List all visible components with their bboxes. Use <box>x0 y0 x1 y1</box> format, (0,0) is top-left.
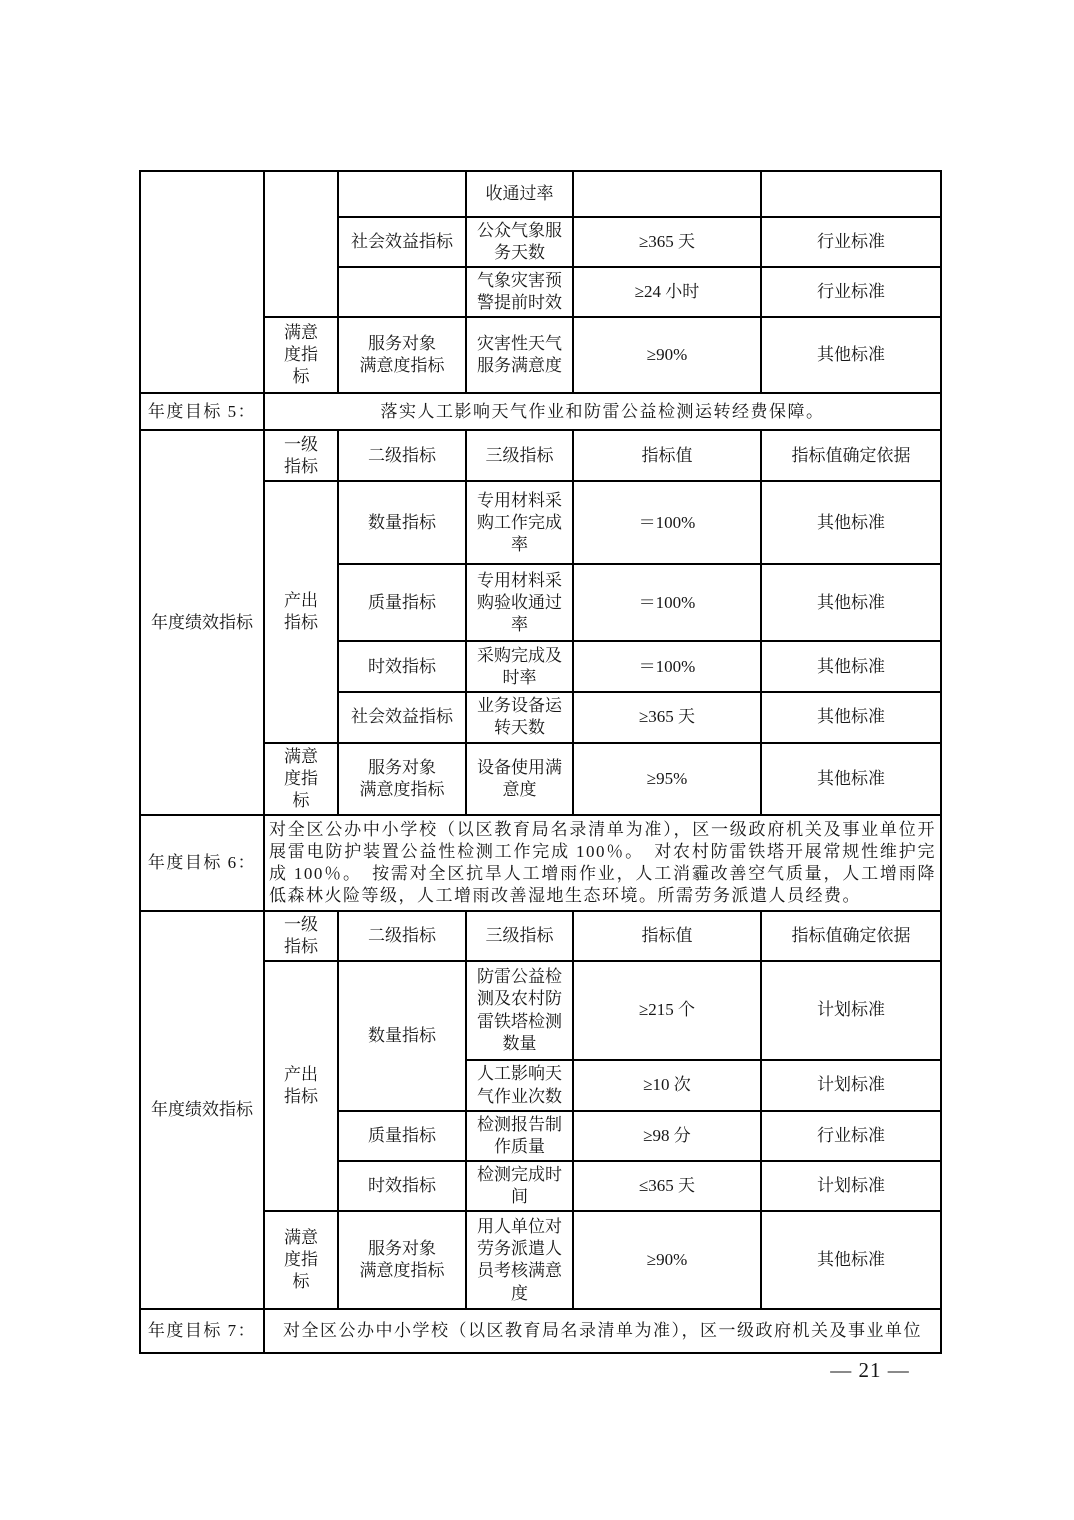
page-number: — 21 — <box>800 1358 940 1383</box>
indicator-value-cell: ≥365 天 <box>573 692 761 742</box>
goal6-text-cell: 对全区公办中小学校（以区教育局名录清单为准），区一级政府机关及事业单位开展雷电防… <box>264 815 941 911</box>
indicator-basis-cell: 行业标准 <box>761 267 941 317</box>
level2-indicator-cell: 时效指标 <box>338 641 466 692</box>
goal6-row: 年度目标 6： 对全区公办中小学校（以区教育局名录清单为准），区一级政府机关及事… <box>140 815 941 911</box>
indicator-basis-cell: 其他标准 <box>761 317 941 393</box>
level2-indicator-cell: 服务对象 满意度指标 <box>338 743 466 815</box>
header-level1-cell: 一级 指标 <box>264 911 338 961</box>
level3-indicator-cell: 专用材料采 购验收通过 率 <box>466 564 573 641</box>
performance-indicator-table: 收通过率 社会效益指标 公众气象服 务天数 ≥365 天 行业标准 气象灾害预 … <box>139 170 942 1354</box>
level3-indicator-cell: 采购完成及 时率 <box>466 641 573 692</box>
goal7-row: 年度目标 7： 对全区公办中小学校（以区教育局名录清单为准），区一级政府机关及事… <box>140 1309 941 1353</box>
indicator-value-cell: ≥90% <box>573 317 761 393</box>
indicator-basis-cell: 其他标准 <box>761 692 941 742</box>
level2-indicator-cell: 时效指标 <box>338 1161 466 1211</box>
level1-indicator-cell <box>264 171 338 317</box>
indicator-value-cell: ≤365 天 <box>573 1161 761 1211</box>
indicator-value-cell: ＝100% <box>573 641 761 692</box>
level3-indicator-cell: 气象灾害预 警提前时效 <box>466 267 573 317</box>
level2-indicator-cell: 数量指标 <box>338 961 466 1111</box>
indicator-basis-cell: 其他标准 <box>761 564 941 641</box>
indicator-basis-cell: 行业标准 <box>761 1111 941 1161</box>
header-value-cell: 指标值 <box>573 911 761 961</box>
indicator-basis-cell: 其他标准 <box>761 1211 941 1309</box>
perf5-header-row: 年度绩效指标 一级 指标 二级指标 三级指标 指标值 指标值确定依据 <box>140 430 941 481</box>
indicator-value-cell: ≥365 天 <box>573 217 761 267</box>
indicator-value-cell: ≥215 个 <box>573 961 761 1060</box>
indicator-basis-cell: 其他标准 <box>761 641 941 692</box>
level1-indicator-cell: 满意 度指 标 <box>264 1211 338 1309</box>
goal5-row: 年度目标 5： 落实人工影响天气作业和防雷公益检测运转经费保障。 <box>140 393 941 430</box>
indicator-value-cell: ≥98 分 <box>573 1111 761 1161</box>
goal5-text-cell: 落实人工影响天气作业和防雷公益检测运转经费保障。 <box>264 393 941 430</box>
level3-indicator-cell: 人工影响天 气作业次数 <box>466 1060 573 1111</box>
level3-indicator-cell: 用人单位对 劳务派遣人 员考核满意 度 <box>466 1211 573 1309</box>
level2-indicator-cell: 质量指标 <box>338 1111 466 1161</box>
indicator-value-cell: ＝100% <box>573 481 761 564</box>
level1-indicator-cell: 满意 度指 标 <box>264 317 338 393</box>
level2-indicator-cell: 质量指标 <box>338 564 466 641</box>
section-label-cell: 年度绩效指标 <box>140 430 264 814</box>
indicator-basis-cell: 行业标准 <box>761 217 941 267</box>
goal5-label-cell: 年度目标 5： <box>140 393 264 430</box>
level3-indicator-cell: 防雷公益检 测及农村防 雷铁塔检测 数量 <box>466 961 573 1060</box>
level3-indicator-cell: 检测完成时 间 <box>466 1161 573 1211</box>
level3-indicator-cell: 专用材料采 购工作完成 率 <box>466 481 573 564</box>
goal6-label-cell: 年度目标 6： <box>140 815 264 911</box>
indicator-value-cell <box>573 171 761 217</box>
header-level2-cell: 二级指标 <box>338 430 466 481</box>
indicator-basis-cell: 计划标准 <box>761 1060 941 1111</box>
header-level3-cell: 三级指标 <box>466 911 573 961</box>
level3-indicator-cell: 收通过率 <box>466 171 573 217</box>
header-value-cell: 指标值 <box>573 430 761 481</box>
level2-indicator-cell: 社会效益指标 <box>338 217 466 267</box>
level2-indicator-cell: 服务对象 满意度指标 <box>338 1211 466 1309</box>
goal7-text-cell: 对全区公办中小学校（以区教育局名录清单为准），区一级政府机关及事业单位 <box>264 1309 941 1353</box>
carryover-row-partial: 收通过率 <box>140 171 941 217</box>
indicator-value-cell: ≥10 次 <box>573 1060 761 1111</box>
header-level3-cell: 三级指标 <box>466 430 573 481</box>
header-basis-cell: 指标值确定依据 <box>761 430 941 481</box>
document-page: 收通过率 社会效益指标 公众气象服 务天数 ≥365 天 行业标准 气象灾害预 … <box>0 0 1074 1520</box>
level3-indicator-cell: 业务设备运 转天数 <box>466 692 573 742</box>
indicator-basis-cell: 其他标准 <box>761 743 941 815</box>
level3-indicator-cell: 灾害性天气 服务满意度 <box>466 317 573 393</box>
goal7-label-cell: 年度目标 7： <box>140 1309 264 1353</box>
header-level1-cell: 一级 指标 <box>264 430 338 481</box>
level1-indicator-cell: 满意 度指 标 <box>264 743 338 815</box>
level2-indicator-cell <box>338 267 466 317</box>
section-label-cell: 年度绩效指标 <box>140 911 264 1310</box>
indicator-basis-cell <box>761 171 941 217</box>
level2-indicator-cell: 服务对象 满意度指标 <box>338 317 466 393</box>
level2-indicator-cell: 数量指标 <box>338 481 466 564</box>
indicator-value-cell: ＝100% <box>573 564 761 641</box>
indicator-value-cell: ≥90% <box>573 1211 761 1309</box>
indicator-value-cell: ≥24 小时 <box>573 267 761 317</box>
level1-indicator-cell: 产出 指标 <box>264 481 338 742</box>
perf6-header-row: 年度绩效指标 一级 指标 二级指标 三级指标 指标值 指标值确定依据 <box>140 911 941 961</box>
header-basis-cell: 指标值确定依据 <box>761 911 941 961</box>
level3-indicator-cell: 设备使用满 意度 <box>466 743 573 815</box>
level2-indicator-cell: 社会效益指标 <box>338 692 466 742</box>
level2-indicator-cell <box>338 171 466 217</box>
level3-indicator-cell: 公众气象服 务天数 <box>466 217 573 267</box>
level1-indicator-cell: 产出 指标 <box>264 961 338 1211</box>
indicator-value-cell: ≥95% <box>573 743 761 815</box>
level3-indicator-cell: 检测报告制 作质量 <box>466 1111 573 1161</box>
indicator-basis-cell: 其他标准 <box>761 481 941 564</box>
indicator-basis-cell: 计划标准 <box>761 1161 941 1211</box>
header-level2-cell: 二级指标 <box>338 911 466 961</box>
indicator-basis-cell: 计划标准 <box>761 961 941 1060</box>
section-label-cell <box>140 171 264 393</box>
